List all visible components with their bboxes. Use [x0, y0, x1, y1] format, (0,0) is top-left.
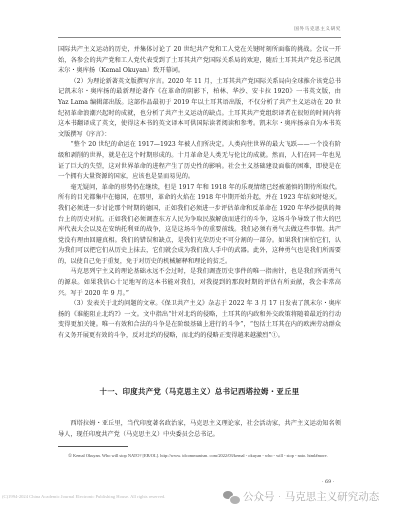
watermark-prefix: 公众号 — [243, 489, 275, 504]
main-body: 国际共产主义运动的历史，并集体讨论了 20 世纪共产党和工人党在关键时刻所面临的… — [58, 45, 341, 342]
paragraph: 马克思列宁主义的理论基础永远不会过时，是我们调查历史事件的唯一指南针，也是我们所… — [58, 267, 341, 299]
wechat-watermark: 公众号 · 马克思主义研究动态 — [223, 489, 379, 504]
footnote-divider — [58, 446, 128, 447]
paragraph: （3）发表关于北约问题的文章。《保卫共产主义》杂志于 2022 年 3 月 17… — [58, 299, 341, 341]
running-header: 国外马克思主义研究 — [58, 26, 341, 38]
paragraph: 毫无疑问，革命的形势仍在继续，但是 1917 年和 1918 年的乐观情绪已经被… — [58, 183, 341, 268]
watermark-account-name: 马克思主义研究动态 — [285, 489, 380, 504]
paragraph: “整个 20 世纪的命运在 1917—1923 年被人们所决定。人类向往世界的最… — [58, 140, 341, 182]
wechat-icon — [223, 491, 240, 503]
paragraph: 国际共产主义运动的历史，并集体讨论了 20 世纪共产党和工人党在关键时刻所面临的… — [58, 45, 341, 77]
page-number: · 69 · — [322, 480, 334, 485]
paragraph: （2）为理论新著英文版撰写序言。2020 年 11 月，土耳其共产党国际关系局向… — [58, 77, 341, 141]
copyright-notice: (C)1994-2024 China Academic Journal Elec… — [2, 494, 165, 499]
section-body: 西塔拉姆・亚丘里，当代印度著名政治家，马克思主义理论家，社会活动家，共产主义运动… — [58, 419, 341, 440]
section-heading: 十一、印度共产党（马克思主义）总书记西塔拉姆・亚丘里 — [58, 386, 341, 397]
footnote: ① Kemal Okuyan. Who will stop NATO? [EB/… — [58, 452, 341, 459]
watermark-separator: · — [279, 493, 281, 501]
journal-title: 国外马克思主义研究 — [294, 26, 341, 32]
paragraph: 西塔拉姆・亚丘里，当代印度著名政治家，马克思主义理论家，社会活动家，共产主义运动… — [58, 419, 341, 440]
